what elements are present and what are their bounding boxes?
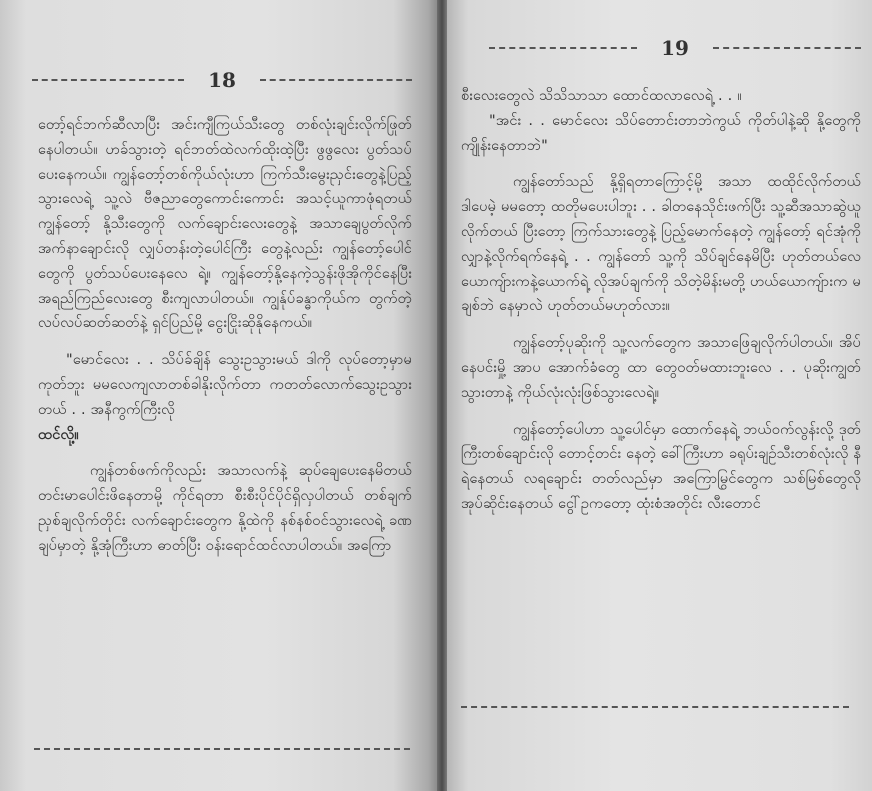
paragraph: ကျွန်တော့်ပေါဟာ သူ့ပေါင်မှာ ထောက်နေရဲ့ ဘ…	[461, 418, 861, 517]
book-spread: 18 တော့်ရင်ဘက်ဆီလာပြီး အင်းကျီကြယ်သီးတွေ…	[0, 0, 872, 791]
footer-rule	[34, 748, 410, 750]
header-rule-left	[489, 47, 637, 49]
left-page-header: 18	[32, 68, 412, 92]
right-page-body: စီးလေးတွေလဲ သိသိသာသာ ထောင်ထလာလေရဲ့ . . ။…	[461, 84, 861, 517]
quote-paragraph: "အင်း . . မောင်လေး သိပ်တောင်းတာဘဲကွယ် ကိ…	[461, 109, 861, 159]
quote-paragraph: "မောင်လေး . . သိပ်ခ်ချိန် သွေးဥသွားမယ် ဒ…	[38, 348, 412, 422]
paragraph: ကျွန်တစ်ဖက်ကိုလည်း အသာလက်နဲ့ ဆုပ်ချေပေးန…	[38, 459, 412, 558]
page-number: 18	[184, 68, 260, 92]
left-page-body: တော့်ရင်ဘက်ဆီလာပြီး အင်းကျီကြယ်သီးတွေ တစ…	[38, 113, 412, 559]
header-rule-right	[260, 79, 412, 81]
page-number: 19	[637, 36, 713, 60]
footer-rule	[461, 706, 849, 708]
right-page: 19 စီးလေးတွေလဲ သိသိသာသာ ထောင်ထလာလေရဲ့ . …	[447, 0, 872, 791]
paragraph: ကျွန်တော့်ပုဆိုးကို သူ့လက်တွေက အသာဖြေချလ…	[461, 331, 861, 405]
paragraph: တော့်ရင်ဘက်ဆီလာပြီး အင်းကျီကြယ်သီးတွေ တစ…	[38, 113, 412, 336]
left-page: 18 တော့်ရင်ဘက်ဆီလာပြီး အင်းကျီကြယ်သီးတွေ…	[0, 0, 437, 791]
header-rule-left	[32, 79, 184, 81]
paragraph: ကျွန်တော်သည် နို့ရှိရတာကြောင့်မို့ အသာ ထ…	[461, 170, 861, 319]
right-page-header: 19	[489, 36, 861, 60]
header-rule-right	[713, 47, 861, 49]
book-gutter	[437, 0, 447, 791]
paragraph: ထင်လို့။	[38, 423, 412, 448]
paragraph: စီးလေးတွေလဲ သိသိသာသာ ထောင်ထလာလေရဲ့ . . ။	[461, 84, 861, 109]
